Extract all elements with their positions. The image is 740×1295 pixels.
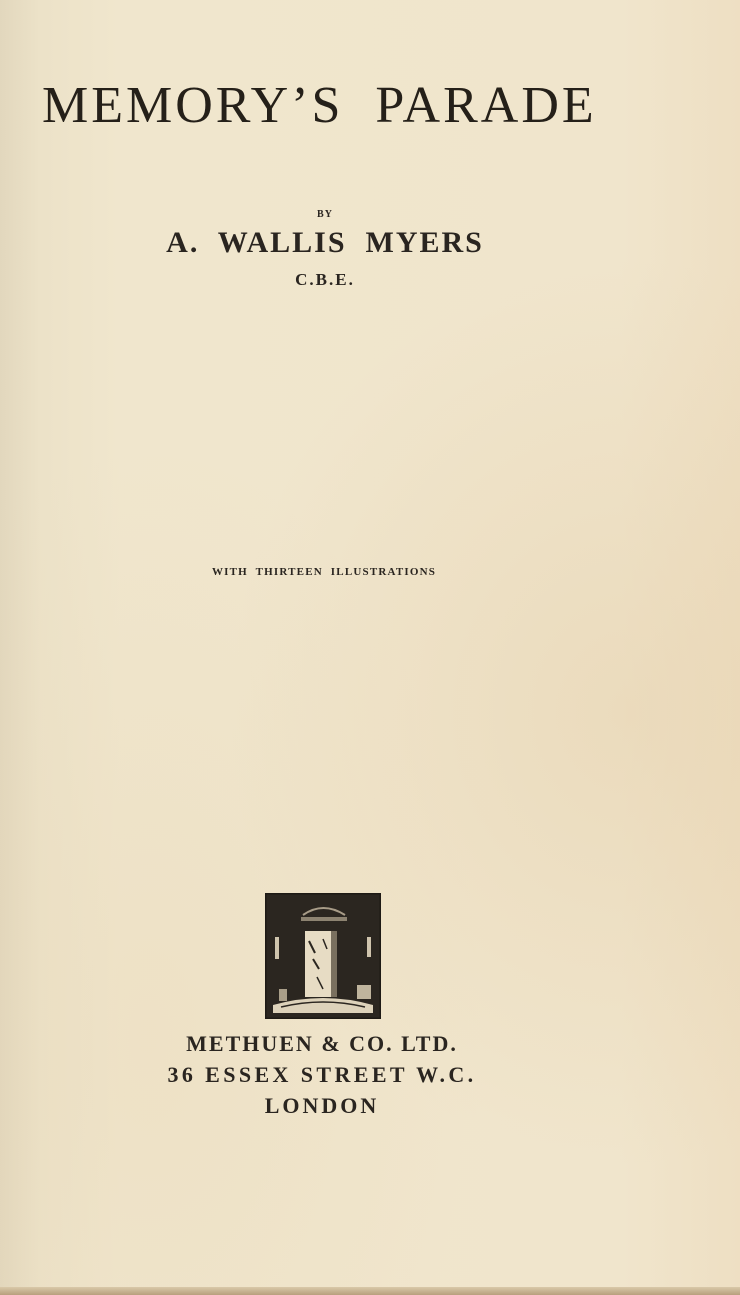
publisher-device-icon bbox=[265, 893, 381, 1019]
title-page: MEMORY’S PARADE BY A. WALLIS MYERS C.B.E… bbox=[0, 0, 740, 1295]
publisher-city: LONDON bbox=[0, 1095, 644, 1117]
book-title: MEMORY’S PARADE bbox=[42, 80, 597, 132]
illustrations-note: WITH THIRTEEN ILLUSTRATIONS bbox=[0, 566, 648, 578]
author-name: A. WALLIS MYERS bbox=[0, 228, 650, 258]
by-line: BY bbox=[0, 209, 650, 220]
author-honour: C.B.E. bbox=[0, 270, 650, 290]
publisher-name: METHUEN & CO. LTD. bbox=[0, 1033, 644, 1055]
page-bottom-edge bbox=[0, 1287, 740, 1295]
publisher-address: 36 ESSEX STREET W.C. bbox=[0, 1064, 644, 1086]
